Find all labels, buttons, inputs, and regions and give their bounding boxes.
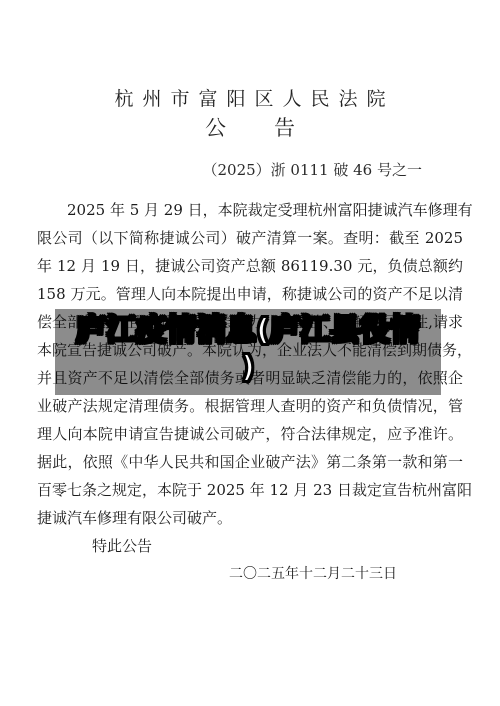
body-line: 158 万元。管理人向本院提出申请，称捷诚公司的资产不足以清	[37, 280, 463, 308]
body-line: 限公司（以下简称捷诚公司）破产清算一案。查明：截至 2025	[37, 224, 463, 252]
body-line: 据此，依照《中华人民共和国企业破产法》第二条第一款和第一	[37, 448, 463, 476]
body-line: 2025 年 5 月 29 日，本院裁定受理杭州富阳捷诚汽车修理有	[37, 196, 463, 224]
body-line: 理人向本院申请宣告捷诚公司破产，符合法律规定，应予准许。	[37, 420, 463, 448]
watermark-title: 庐江疫情消息(庐江县役情 )	[55, 312, 441, 386]
document-page: 杭州市富阳区人民法院 公告 （2025）浙 0111 破 46 号之一 2025…	[0, 0, 500, 706]
watermark-title-line2: )	[55, 349, 441, 386]
body-line: 年 12 月 19 日，捷诚公司资产总额 86119.30 元，负债总额约	[37, 252, 463, 280]
closing-statement: 特此公告	[37, 532, 463, 560]
announcement-date: 二〇二五年十二月二十三日	[37, 560, 463, 588]
body-line: 捷诚汽车修理有限公司破产。	[37, 504, 463, 532]
watermark-title-line1: 庐江疫情消息(庐江县役情	[55, 312, 441, 349]
body-line: 业破产法规定清理债务。根据管理人查明的资产和负债情况，管	[37, 392, 463, 420]
case-number: （2025）浙 0111 破 46 号之一	[0, 159, 500, 180]
court-name-heading: 杭州市富阳区人民法院	[0, 84, 500, 111]
body-line: 百零七条之规定，本院于 2025 年 12 月 23 日裁定宣告杭州富阳	[37, 476, 463, 504]
notice-title: 公告	[0, 112, 500, 142]
